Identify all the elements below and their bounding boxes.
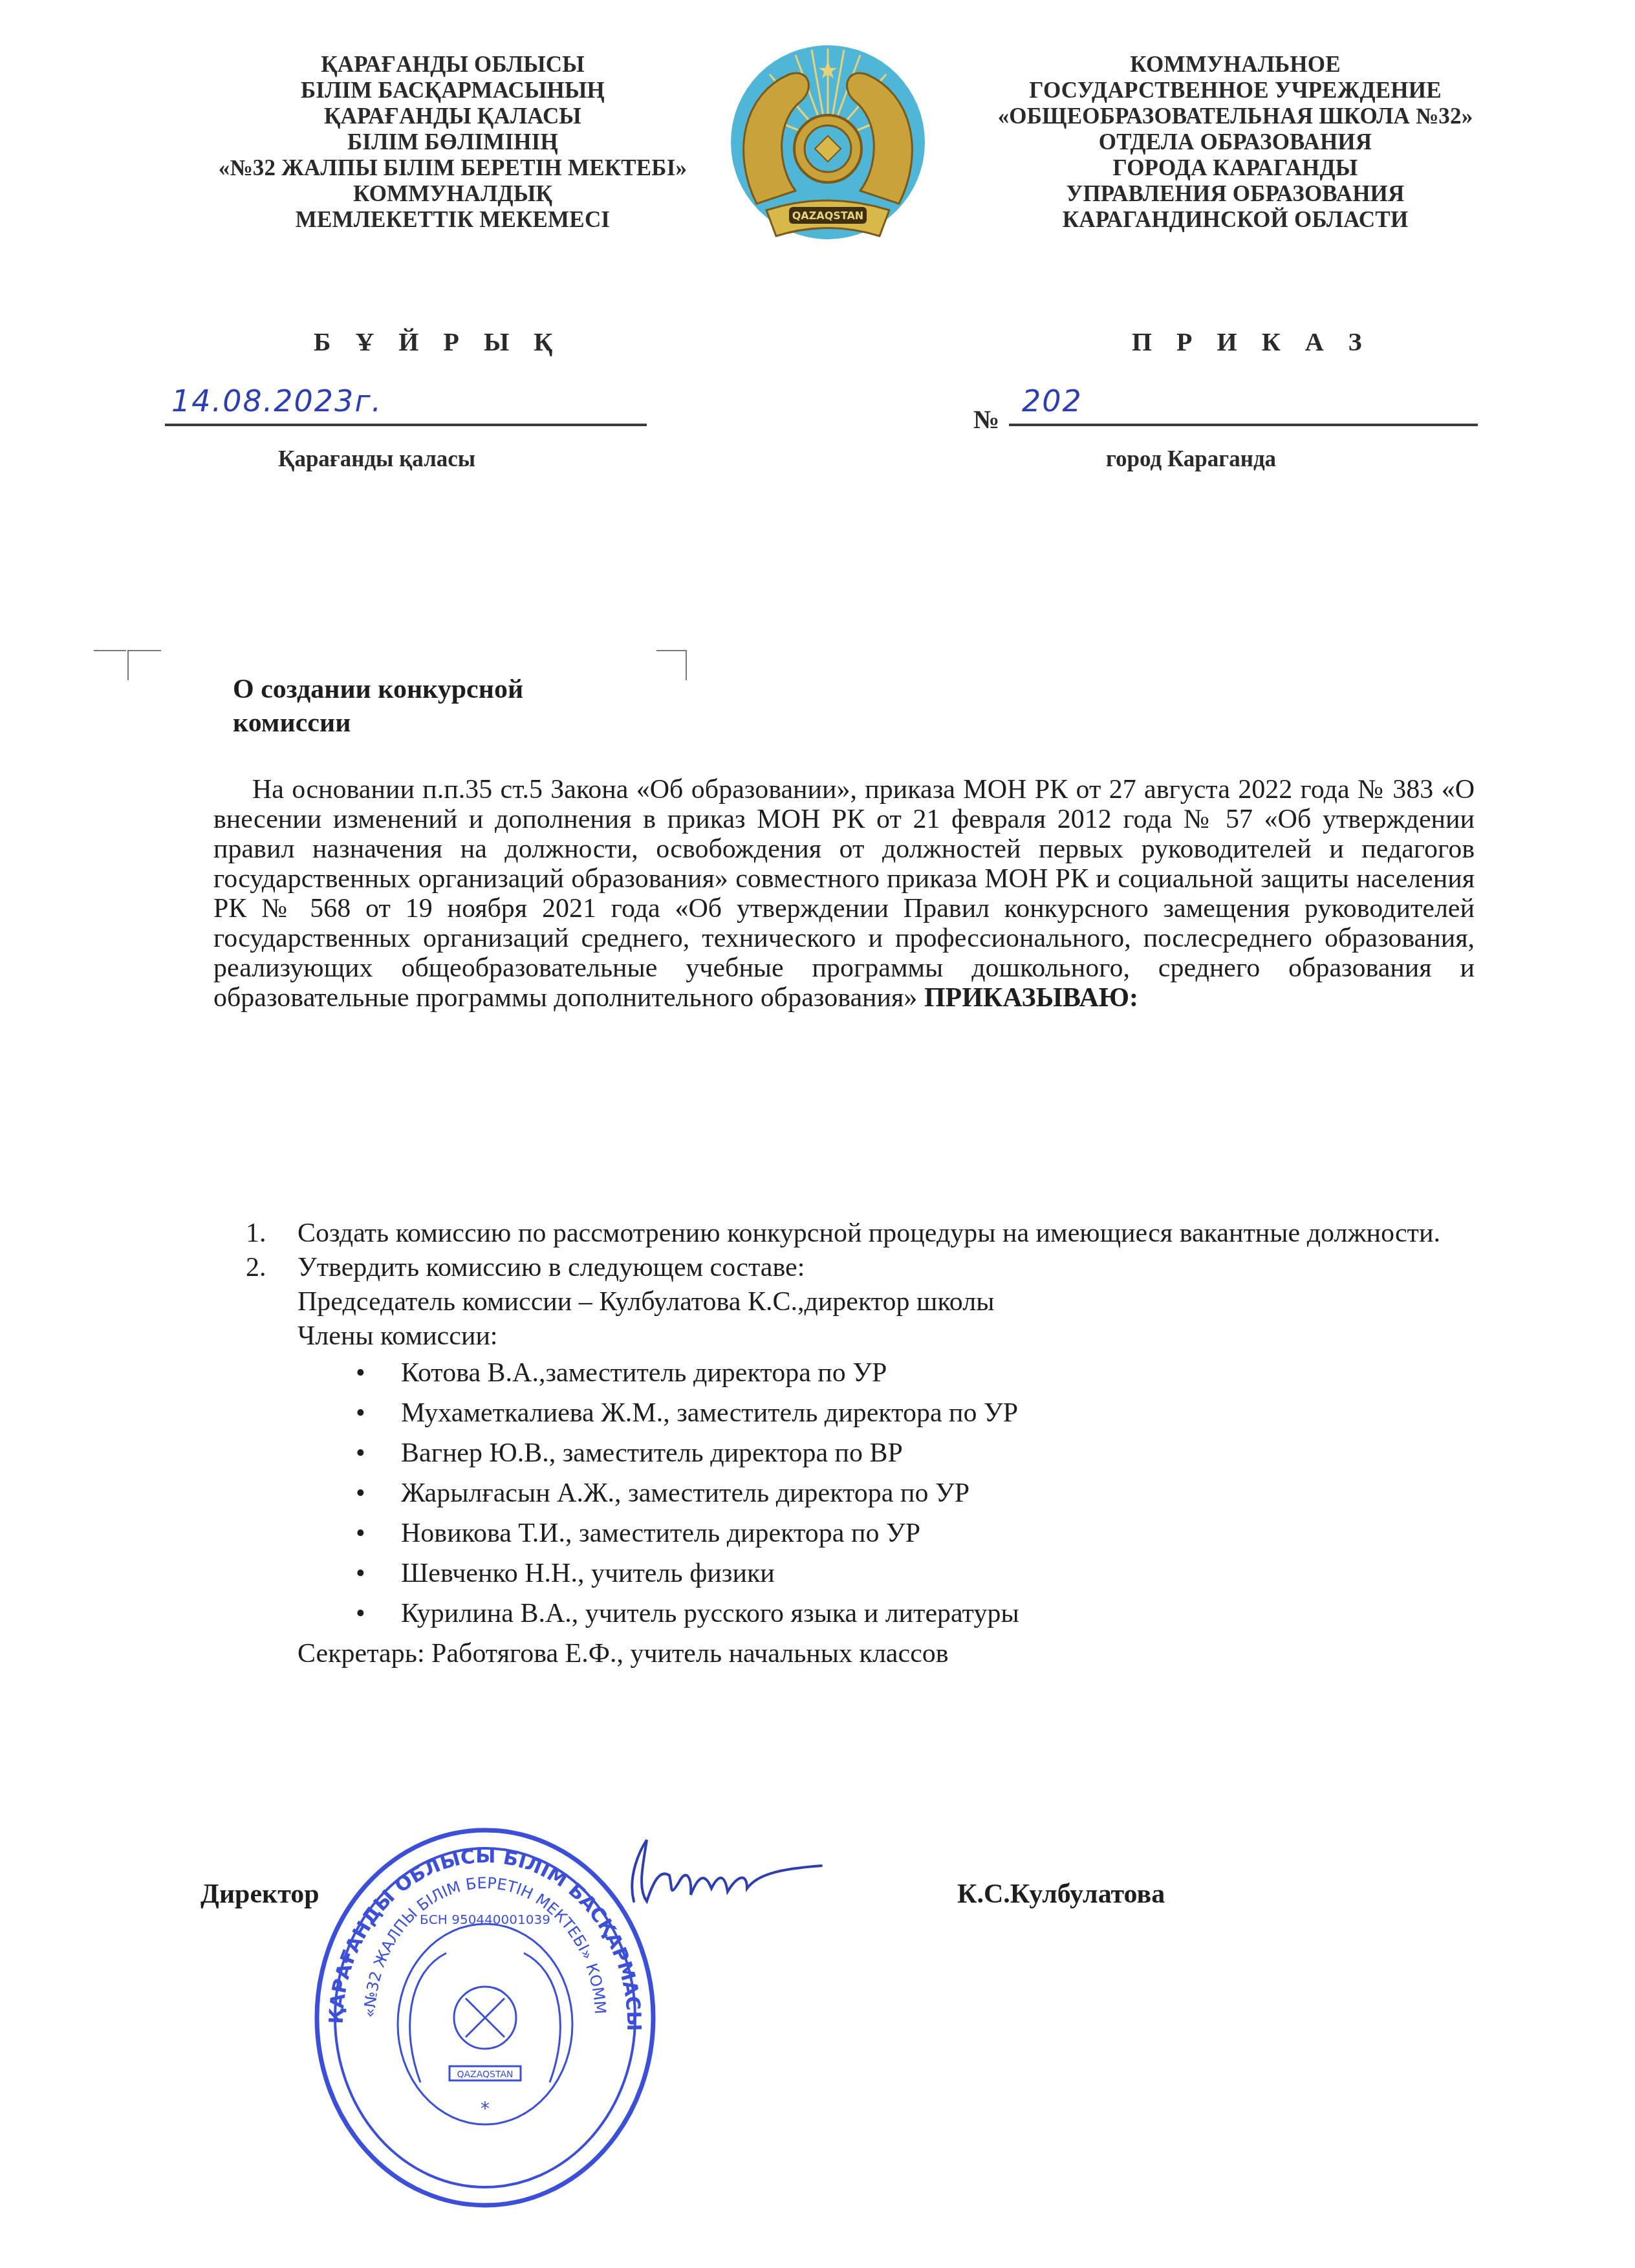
corner-mark [656,650,687,680]
commission-secretary: Секретарь: Работягова Е.Ф., учитель нача… [246,1639,1475,1669]
header-ru-line: КОММУНАЛЬНОЕ [925,52,1546,78]
city-kz: Қарағанды қаласы [278,446,475,472]
preamble-text: На основании п.п.35 ст.5 Закона «Об обра… [213,775,1475,1013]
item-text: Создать комиссию по рассмотрению конкурс… [298,1218,1440,1248]
header-kz-line: ҚАРАҒАНДЫ ҚАЛАСЫ [162,103,744,129]
header-ru-line: ОТДЕЛА ОБРАЗОВАНИЯ [925,129,1546,155]
number-handwritten: 202 [1022,383,1083,418]
member-item: Новикова Т.И., заместитель директора по … [356,1519,1475,1548]
member-item: Курилина В.А., учитель русского языка и … [356,1599,1475,1628]
member-item: Шевченко Н.Н., учитель физики [356,1559,1475,1588]
subject-line: О создании конкурсной [233,673,523,706]
member-item: Котова В.А.,заместитель директора по УР [356,1359,1475,1388]
item-number: 1. [246,1219,266,1248]
order-item: 2. Утвердить комиссию в следующем состав… [246,1253,1475,1282]
header-ru-line: ГОРОДА КАРАГАНДЫ [925,155,1546,181]
header-ru-line: «ОБЩЕОБРАЗОВАТЕЛЬНАЯ ШКОЛА №32» [925,103,1546,129]
corner-mark [94,650,126,651]
preamble-paragraph: На основании п.п.35 ст.5 Закона «Об обра… [213,775,1475,1013]
member-item: Мухаметкалиева Ж.М., заместитель директо… [356,1399,1475,1428]
order-subject: О создании конкурсной комиссии [233,673,523,740]
svg-text:БСН 950440001039: БСН 950440001039 [420,1912,550,1927]
date-handwritten: 14.08.2023г. [171,383,382,418]
item-number: 2. [246,1253,266,1282]
state-emblem-icon: QAZAQSTAN [718,36,938,255]
header-kz-line: ҚАРАҒАНДЫ ОБЛЫСЫ [162,52,744,78]
order-title-ru: П Р И К А З [1132,327,1371,357]
header-ru-line: ГОСУДАРСТВЕННОЕ УЧРЕЖДЕНИЕ [925,78,1546,103]
order-items: 1. Создать комиссию по рассмотрению конк… [246,1219,1475,1669]
number-prefix: № [973,404,999,435]
order-title-kz: Б Ұ Й Р Ы Қ [314,327,561,357]
order-item: 1. Создать комиссию по рассмотрению конк… [246,1219,1475,1248]
member-item: Вагнер Ю.В., заместитель директора по ВР [356,1439,1475,1468]
header-ru-line: КАРАГАНДИНСКОЙ ОБЛАСТИ [925,207,1546,233]
header-kz-line: БІЛІМ БАСҚАРМАСЫНЫҢ [162,78,744,103]
header-kz: ҚАРАҒАНДЫ ОБЛЫСЫ БІЛІМ БАСҚАРМАСЫНЫҢ ҚАР… [162,52,744,233]
header-kz-line: МЕМЛЕКЕТТІК МЕКЕМЕСІ [162,207,744,233]
commission-chairman: Председатель комиссии – Кулбулатова К.С.… [246,1288,1475,1317]
number-field: 202 [1009,398,1478,426]
svg-text:QAZAQSTAN: QAZAQSTAN [792,210,864,222]
members-list: Котова В.А.,заместитель директора по УР … [246,1359,1475,1628]
member-item: Жарылғасын А.Ж., заместитель директора п… [356,1479,1475,1508]
handwritten-signature-icon [608,1837,828,1914]
members-label: Члены комиссии: [246,1322,1475,1351]
item-text: Утвердить комиссию в следующем составе: [298,1253,805,1282]
header-kz-line: КОММУНАЛДЫҚ [162,181,744,207]
corner-mark [127,650,161,680]
header-kz-line: «№32 ЖАЛПЫ БІЛІМ БЕРЕТІН МЕКТЕБІ» [162,155,744,181]
subject-line: комиссии [233,706,523,740]
order-word: ПРИКАЗЫВАЮ: [924,983,1138,1013]
signature-position: Директор [200,1879,319,1910]
header-kz-line: БІЛІМ БӨЛІМІНІҢ [162,129,744,155]
signature-name: К.С.Кулбулатова [957,1879,1165,1910]
date-field: 14.08.2023г. [165,398,647,426]
city-ru: город Караганда [1106,446,1276,472]
header-ru: КОММУНАЛЬНОЕ ГОСУДАРСТВЕННОЕ УЧРЕЖДЕНИЕ … [925,52,1546,233]
header-ru-line: УПРАВЛЕНИЯ ОБРАЗОВАНИЯ [925,181,1546,207]
svg-text:*: * [481,2098,490,2119]
svg-text:QAZAQSTAN: QAZAQSTAN [457,2069,514,2080]
